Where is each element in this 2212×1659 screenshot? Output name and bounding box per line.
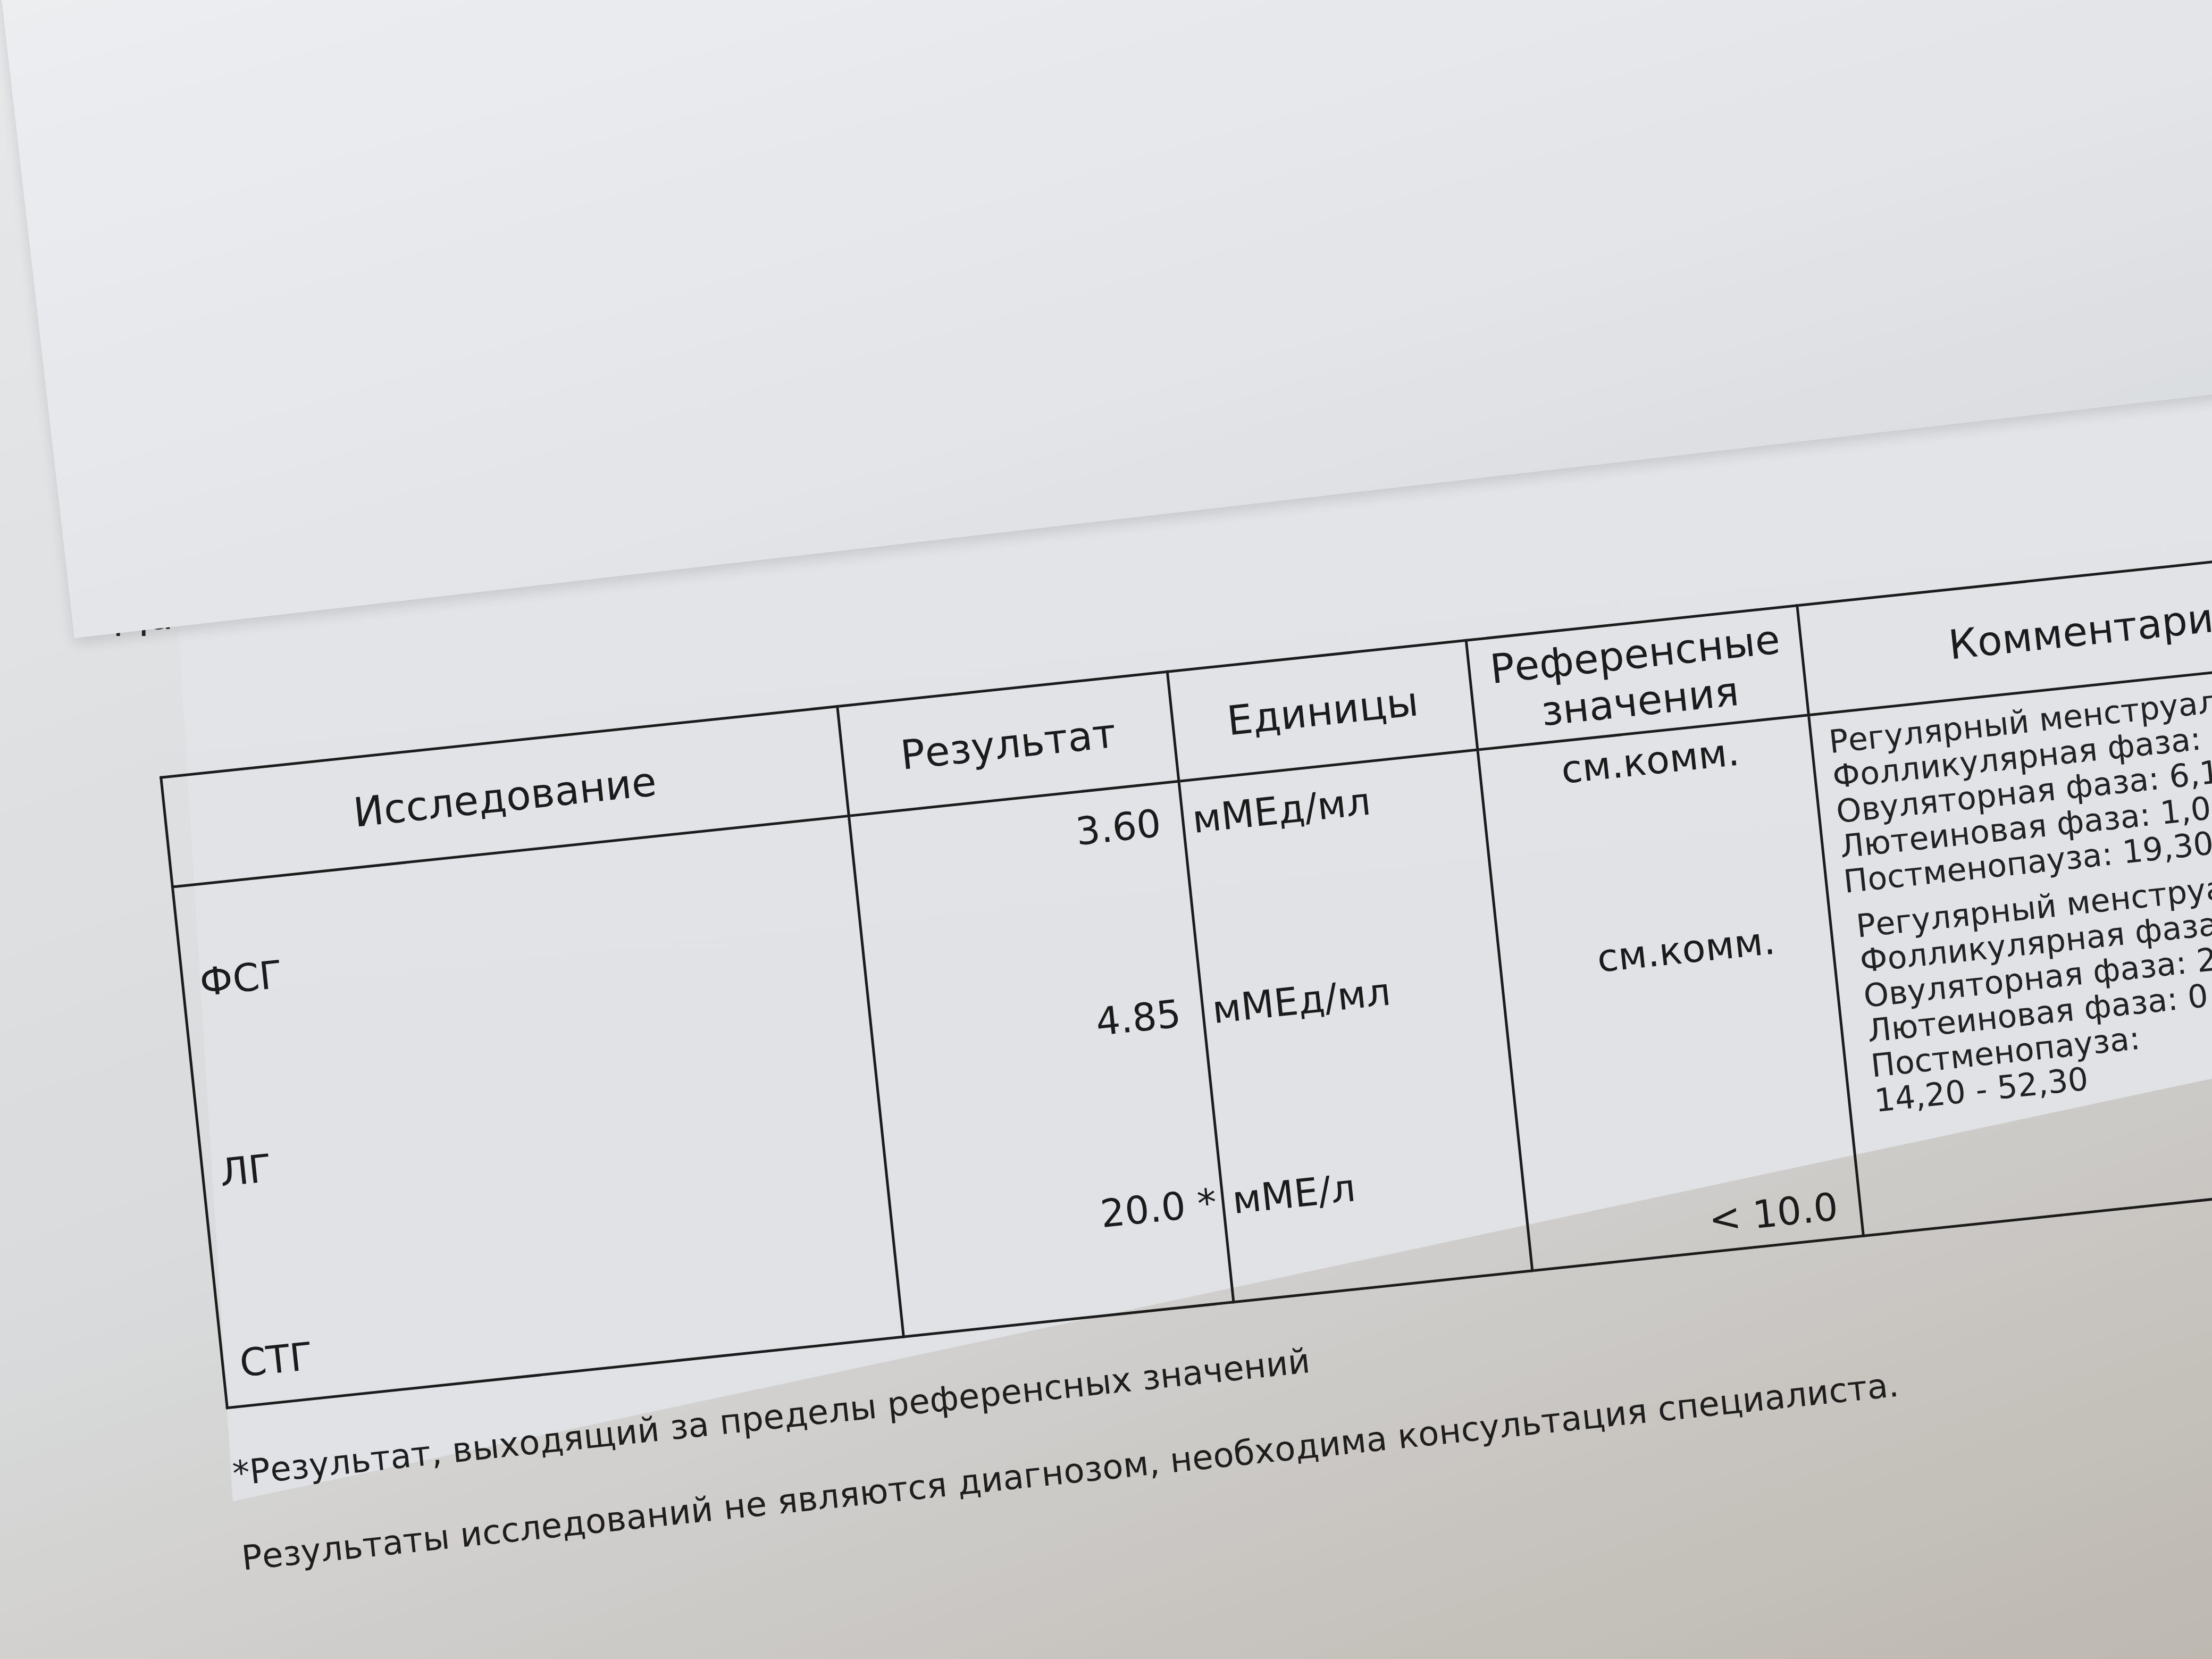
- units-fsh: мМЕд/мл: [1190, 778, 1372, 842]
- study-column: ФСГ ЛГ СТГ: [172, 816, 903, 1407]
- comment-column: Регулярный менструальный Фолликулярная ф…: [1809, 654, 2212, 1236]
- comment-lh: Регулярный менструальны Фолликулярная фа…: [1855, 862, 2212, 1119]
- out-of-range-flag: *: [1195, 1180, 1219, 1226]
- comment-fsh: Регулярный менструальный Фолликулярная ф…: [1827, 675, 2212, 900]
- study-fsh: ФСГ: [198, 952, 285, 1005]
- result-gh: 20.0 *: [1099, 1180, 1219, 1236]
- reference-fsh: см.комм.: [1559, 729, 1741, 792]
- reference-gh: < 10.0: [1706, 1184, 1840, 1242]
- units-column: мМЕд/мл мМЕд/мл мМЕ/л: [1179, 750, 1532, 1302]
- result-lh: 4.85: [1094, 991, 1183, 1044]
- units-lh: мМЕд/мл: [1210, 969, 1393, 1032]
- study-lh: ЛГ: [217, 1145, 274, 1195]
- reference-lh: см.комм.: [1595, 918, 1777, 981]
- study-gh: СТГ: [238, 1334, 315, 1386]
- reference-column: см.комм. см.комм. < 10.0: [1478, 715, 1864, 1271]
- result-column: 3.60 4.85 20.0 *: [849, 781, 1234, 1337]
- result-fsh: 3.60: [1074, 801, 1163, 854]
- units-gh: мМЕ/л: [1230, 1165, 1358, 1222]
- result-gh-value: 20.0: [1099, 1183, 1188, 1236]
